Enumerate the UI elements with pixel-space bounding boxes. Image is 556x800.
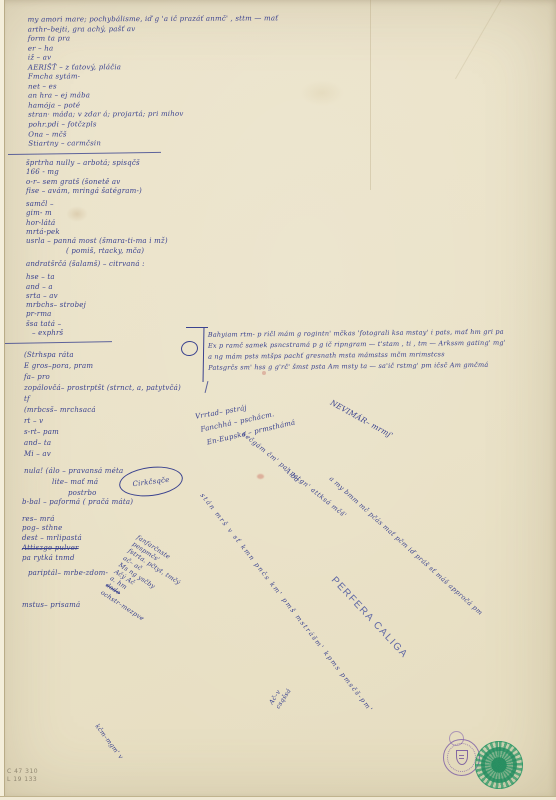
diagonal-note: NEVIMÁR– mrmj' <box>328 391 399 442</box>
green-rosette-stamp <box>475 741 523 789</box>
margin-bracket-line <box>203 328 205 382</box>
handwriting-line: res– mrá <box>22 515 133 525</box>
caps-diagonal-note: PERFERA CALIGA <box>328 570 415 661</box>
handwriting-line: fa– pro <box>24 372 181 383</box>
handwriting-line: s-rt– pam <box>24 427 181 438</box>
handwriting-line: NEVIMÁR– mrmj' <box>329 398 395 440</box>
handwriting-line: my amori mare; pochybálisme, iď g 'a ič … <box>28 14 279 25</box>
handwriting-line: and– ta <box>24 438 181 449</box>
handwriting-line: fise – avám, mringá šatégram-) <box>26 187 168 196</box>
handwriting-line: o-r– sem gratš (šonetě av <box>26 178 168 187</box>
paper-stain <box>300 80 344 106</box>
pencil-inventory-numbers: C 47 310 L 19 133 <box>7 768 38 783</box>
handwriting-line: srta – av <box>26 292 168 301</box>
handwriting-line: gim- m <box>26 209 168 218</box>
handwriting-line: tf <box>24 394 181 405</box>
handwritten-divider-line <box>8 152 161 155</box>
small-diagonal-note: Ač–v csqšsá <box>268 683 293 710</box>
handwriting-line: Mi – av <box>24 449 181 460</box>
handwriting-line: samčl – <box>26 200 168 209</box>
scan-edge-left <box>0 0 5 800</box>
handwriting-line: usrla – panná most (šmara-ti-ma i mž) <box>26 237 168 246</box>
handwriting-line: pog– sthne <box>22 524 133 534</box>
stamp-rosette-core <box>481 747 517 783</box>
second-word-list: šprtrha nully – arbotá; spisqčš 166 - mg… <box>26 159 168 338</box>
handwriting-line: b-bal – paformá ( pračá máta) <box>22 498 133 508</box>
handwriting-line: ( pomiš, rtacky, mča) <box>66 247 168 256</box>
margin-bracket-stub <box>205 381 209 393</box>
scan-edge-bottom <box>0 796 556 800</box>
handwriting-line: kčm–mgm' v <box>93 723 124 761</box>
handwriting-line: (mrbcsš– mrchsacá <box>24 405 181 416</box>
handwriting-line: rt – v <box>24 416 181 427</box>
handwriting-line: mrbchs– strobej <box>26 301 168 310</box>
purple-round-stamp <box>443 739 480 776</box>
caps-text: PERFERA CALIGA <box>329 575 410 661</box>
paper-crease <box>370 0 371 190</box>
handwriting-line: and – a <box>26 283 168 292</box>
margin-circle-scribble <box>180 340 199 358</box>
handwriting-line: šprtrha nully – arbotá; spisqčš <box>26 159 168 168</box>
handwriting-line: zopálovčá– prostrptšt (strnct, a, patytv… <box>24 383 181 394</box>
top-word-list: my amori mare; pochybálisme, iď g 'a ič … <box>28 14 279 149</box>
handwriting-line: (Strhspa ráta <box>24 350 181 361</box>
paper-crease <box>455 0 506 79</box>
paragraph-note: Bahyiam rtm- p ričl mám g rogintn' mčkas… <box>208 326 543 374</box>
scanned-manuscript-page: my amori mare; pochybálisme, iď g 'a ič … <box>0 0 556 800</box>
handwriting-line: – exphrš <box>32 329 168 338</box>
handwritten-divider-line <box>5 341 112 344</box>
handwriting-line: hse – ta <box>26 273 168 282</box>
handwriting-line: E gros–pora, pram <box>24 361 181 372</box>
handwriting-line: pa rytká tnmd <box>22 554 133 564</box>
struck-through-line: Attiszge pulver <box>22 544 133 554</box>
handwriting-line: 166 - mg <box>26 168 168 177</box>
inventory-number-line: L 19 133 <box>7 776 38 784</box>
handwriting-line: pr-rma <box>26 310 168 319</box>
handwriting-line: andratšrčá (šalamš) – citrvaná : <box>26 260 168 269</box>
inventory-number-line: C 47 310 <box>7 768 38 776</box>
handwriting-line: hor-látá <box>26 219 168 228</box>
handwriting-line: Stiartny – carmčsin <box>28 138 279 149</box>
small-diagonal-note: kčm–mgm' v <box>92 717 132 762</box>
handwriting-line: Cirkčsqče <box>132 475 170 487</box>
handwriting-line: šsa tatá – <box>26 320 168 329</box>
handwriting-line: dest – mrlipastá <box>22 534 133 544</box>
ink-smudge <box>257 474 264 479</box>
handwriting-line: mrtá-pek <box>26 228 168 237</box>
paragraph-line: Patsgrčs sm' hss g g'rč' šmst psta Am ms… <box>208 359 543 374</box>
